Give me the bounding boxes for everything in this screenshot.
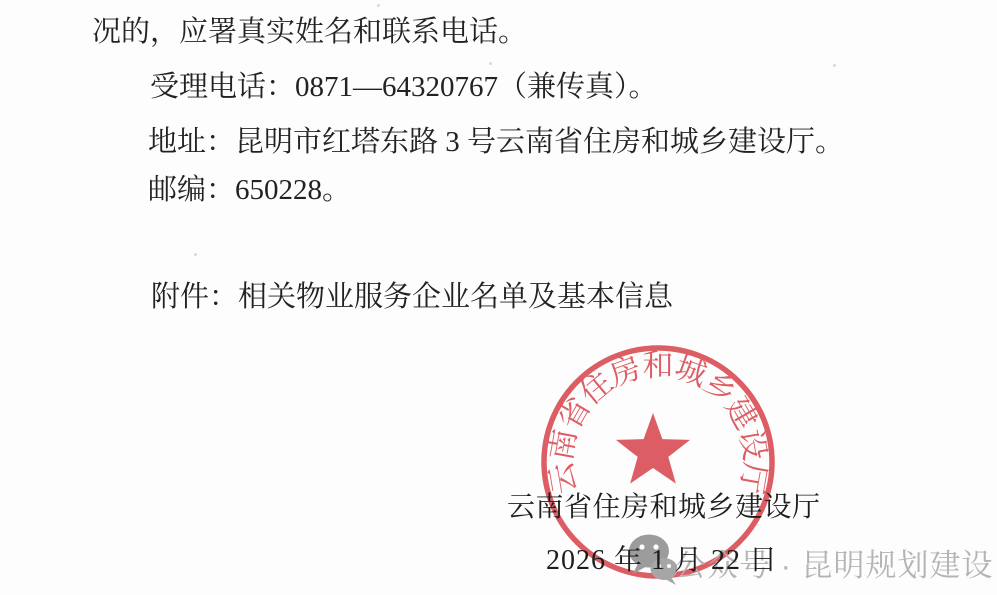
- scan-speck: [194, 253, 197, 256]
- body-line-attachment: 附件：相关物业服务企业名单及基本信息: [151, 281, 673, 314]
- seal-ring-text-holder: 云南省住房和城乡建设厅: [543, 348, 773, 497]
- body-line-phone: 受理电话：0871—64320767（兼传真）。: [150, 71, 658, 104]
- scanned-official-document: 况的，应署真实姓名和联系电话。 受理电话：0871—64320767（兼传真）。…: [0, 0, 997, 595]
- signature-agency: 云南省住房和城乡建设厅: [507, 485, 821, 525]
- body-line-address: 地址：昆明市红塔东路 3 号云南省住房和城乡建设厅。: [148, 126, 844, 159]
- body-line-continuation: 况的，应署真实姓名和联系电话。: [92, 16, 527, 49]
- body-line-postcode: 邮编：650228。: [148, 174, 351, 207]
- document-date: 2026 年 1 月 22 日: [546, 538, 778, 578]
- seal-ring-text: 云南省住房和城乡建设厅: [543, 348, 773, 497]
- star-icon: [616, 413, 690, 484]
- scan-speck: [489, 62, 492, 65]
- scan-speck: [377, 4, 380, 7]
- scan-speck: [833, 64, 836, 67]
